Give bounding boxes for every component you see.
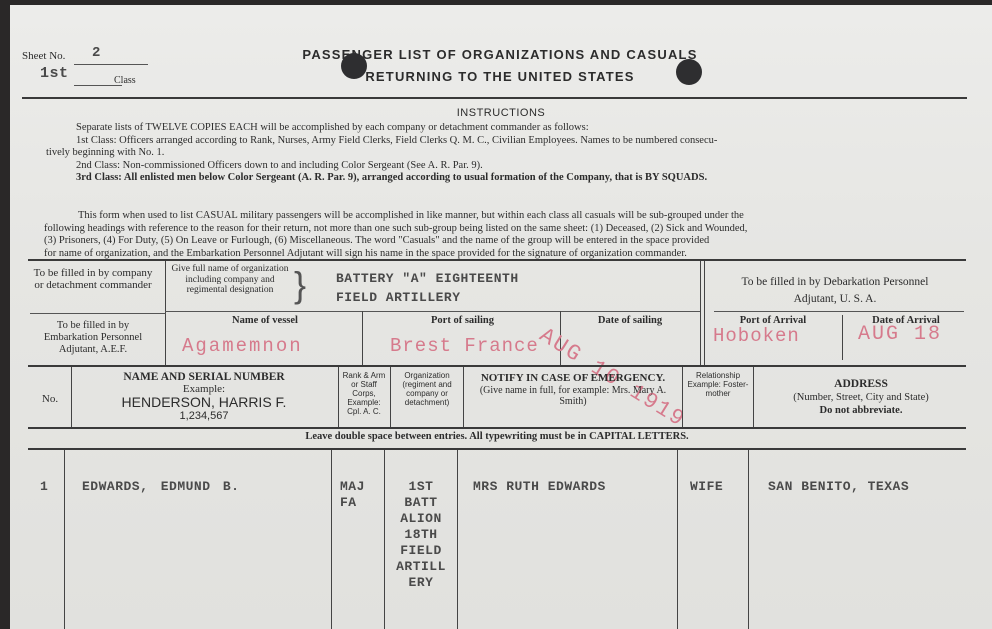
- org-name-label: Give full name of organization including…: [170, 264, 290, 296]
- col-divider-2: [338, 367, 339, 427]
- instructions-para1: Separate lists of TWELVE COPIES EACH wil…: [76, 122, 956, 185]
- org-block-divider: [28, 365, 966, 367]
- entry-relationship[interactable]: WIFE: [690, 479, 723, 494]
- note-divider: [28, 448, 966, 450]
- debark-divider: [700, 261, 701, 365]
- col-name-header: NAME AND SERIAL NUMBER Example: HENDERSO…: [72, 371, 336, 422]
- col-rank-header: Rank & Arm or Staff Corps, Example: Cpl.…: [340, 371, 388, 416]
- vessel-value[interactable]: Agamemnon: [182, 335, 303, 357]
- body-divider-3: [384, 450, 385, 629]
- instructions-heading: INSTRUCTIONS: [10, 107, 992, 119]
- col-divider-5: [682, 367, 683, 427]
- col-no-header: No.: [30, 393, 70, 405]
- body-divider-1: [64, 450, 65, 629]
- entry-org[interactable]: 1ST BATT ALION 18TH FIELD ARTILL ERY: [386, 479, 456, 591]
- arrival-divider: [842, 315, 843, 360]
- passenger-list-form: Sheet No. 2 1st Class PASSENGER LIST OF …: [10, 5, 992, 629]
- instructions-para2: This form when used to list CASUAL milit…: [44, 210, 954, 260]
- body-divider-2: [331, 450, 332, 629]
- header-divider: [22, 97, 967, 99]
- header-row-divider: [28, 427, 966, 429]
- port-arrival-value[interactable]: Hoboken: [713, 325, 800, 347]
- entry-notify[interactable]: MRS RUTH EDWARDS: [473, 479, 606, 494]
- col-notify-header: NOTIFY IN CASE OF EMERGENCY. (Give name …: [465, 371, 681, 407]
- typing-note: Leave double space between entries. All …: [28, 431, 966, 442]
- sheet-no-underline: [74, 64, 148, 65]
- body-divider-6: [748, 450, 749, 629]
- col-divider-3: [390, 367, 391, 427]
- org-name-line2[interactable]: FIELD ARTILLERY: [336, 290, 461, 305]
- sheet-no-label: Sheet No.: [22, 50, 65, 62]
- body-divider-5: [677, 450, 678, 629]
- instructions-divider: [28, 259, 966, 261]
- org-row-divider: [165, 311, 700, 312]
- sheet-no-value: 2: [92, 45, 101, 61]
- debark-label: To be filled in by Debarkation Personnel…: [710, 274, 960, 308]
- left-divider: [30, 313, 166, 314]
- date-sailing-label: Date of sailing: [565, 315, 695, 327]
- entry-address[interactable]: SAN BENITO, TEXAS: [768, 479, 909, 494]
- debark-row-divider: [714, 311, 964, 312]
- punch-hole-left: [341, 53, 367, 79]
- body-divider-4: [457, 450, 458, 629]
- port-sailing-label: Port of sailing: [365, 315, 560, 327]
- org-name-line1[interactable]: BATTERY "A" EIGHTEENTH: [336, 271, 519, 286]
- punch-hole-right: [676, 59, 702, 85]
- class-label: Class: [114, 75, 136, 86]
- vessel-label: Name of vessel: [170, 315, 360, 327]
- entry-rank[interactable]: MAJ FA: [340, 479, 365, 511]
- company-commander-label: To be filled in by company or detachment…: [30, 267, 156, 291]
- entry-name[interactable]: EDWARDS, EDMUND B.: [82, 479, 239, 494]
- vessel-divider: [362, 311, 363, 365]
- port-sailing-value[interactable]: Brest France: [390, 335, 539, 357]
- class-value: 1st: [40, 65, 69, 82]
- col-relationship-header: Relationship Example: Foster-mother: [684, 371, 752, 398]
- col-address-header: ADDRESS (Number, Street, City and State)…: [755, 377, 967, 417]
- date-arrival-value[interactable]: AUG 18: [858, 323, 942, 346]
- col-divider-6: [753, 367, 754, 427]
- entry-no: 1: [40, 479, 48, 494]
- brace-icon: }: [294, 265, 306, 305]
- embarkation-label: To be filled in by Embarkation Personnel…: [30, 320, 156, 356]
- col-org-header: Organization (regiment and company or de…: [392, 371, 462, 407]
- col-divider-4: [463, 367, 464, 427]
